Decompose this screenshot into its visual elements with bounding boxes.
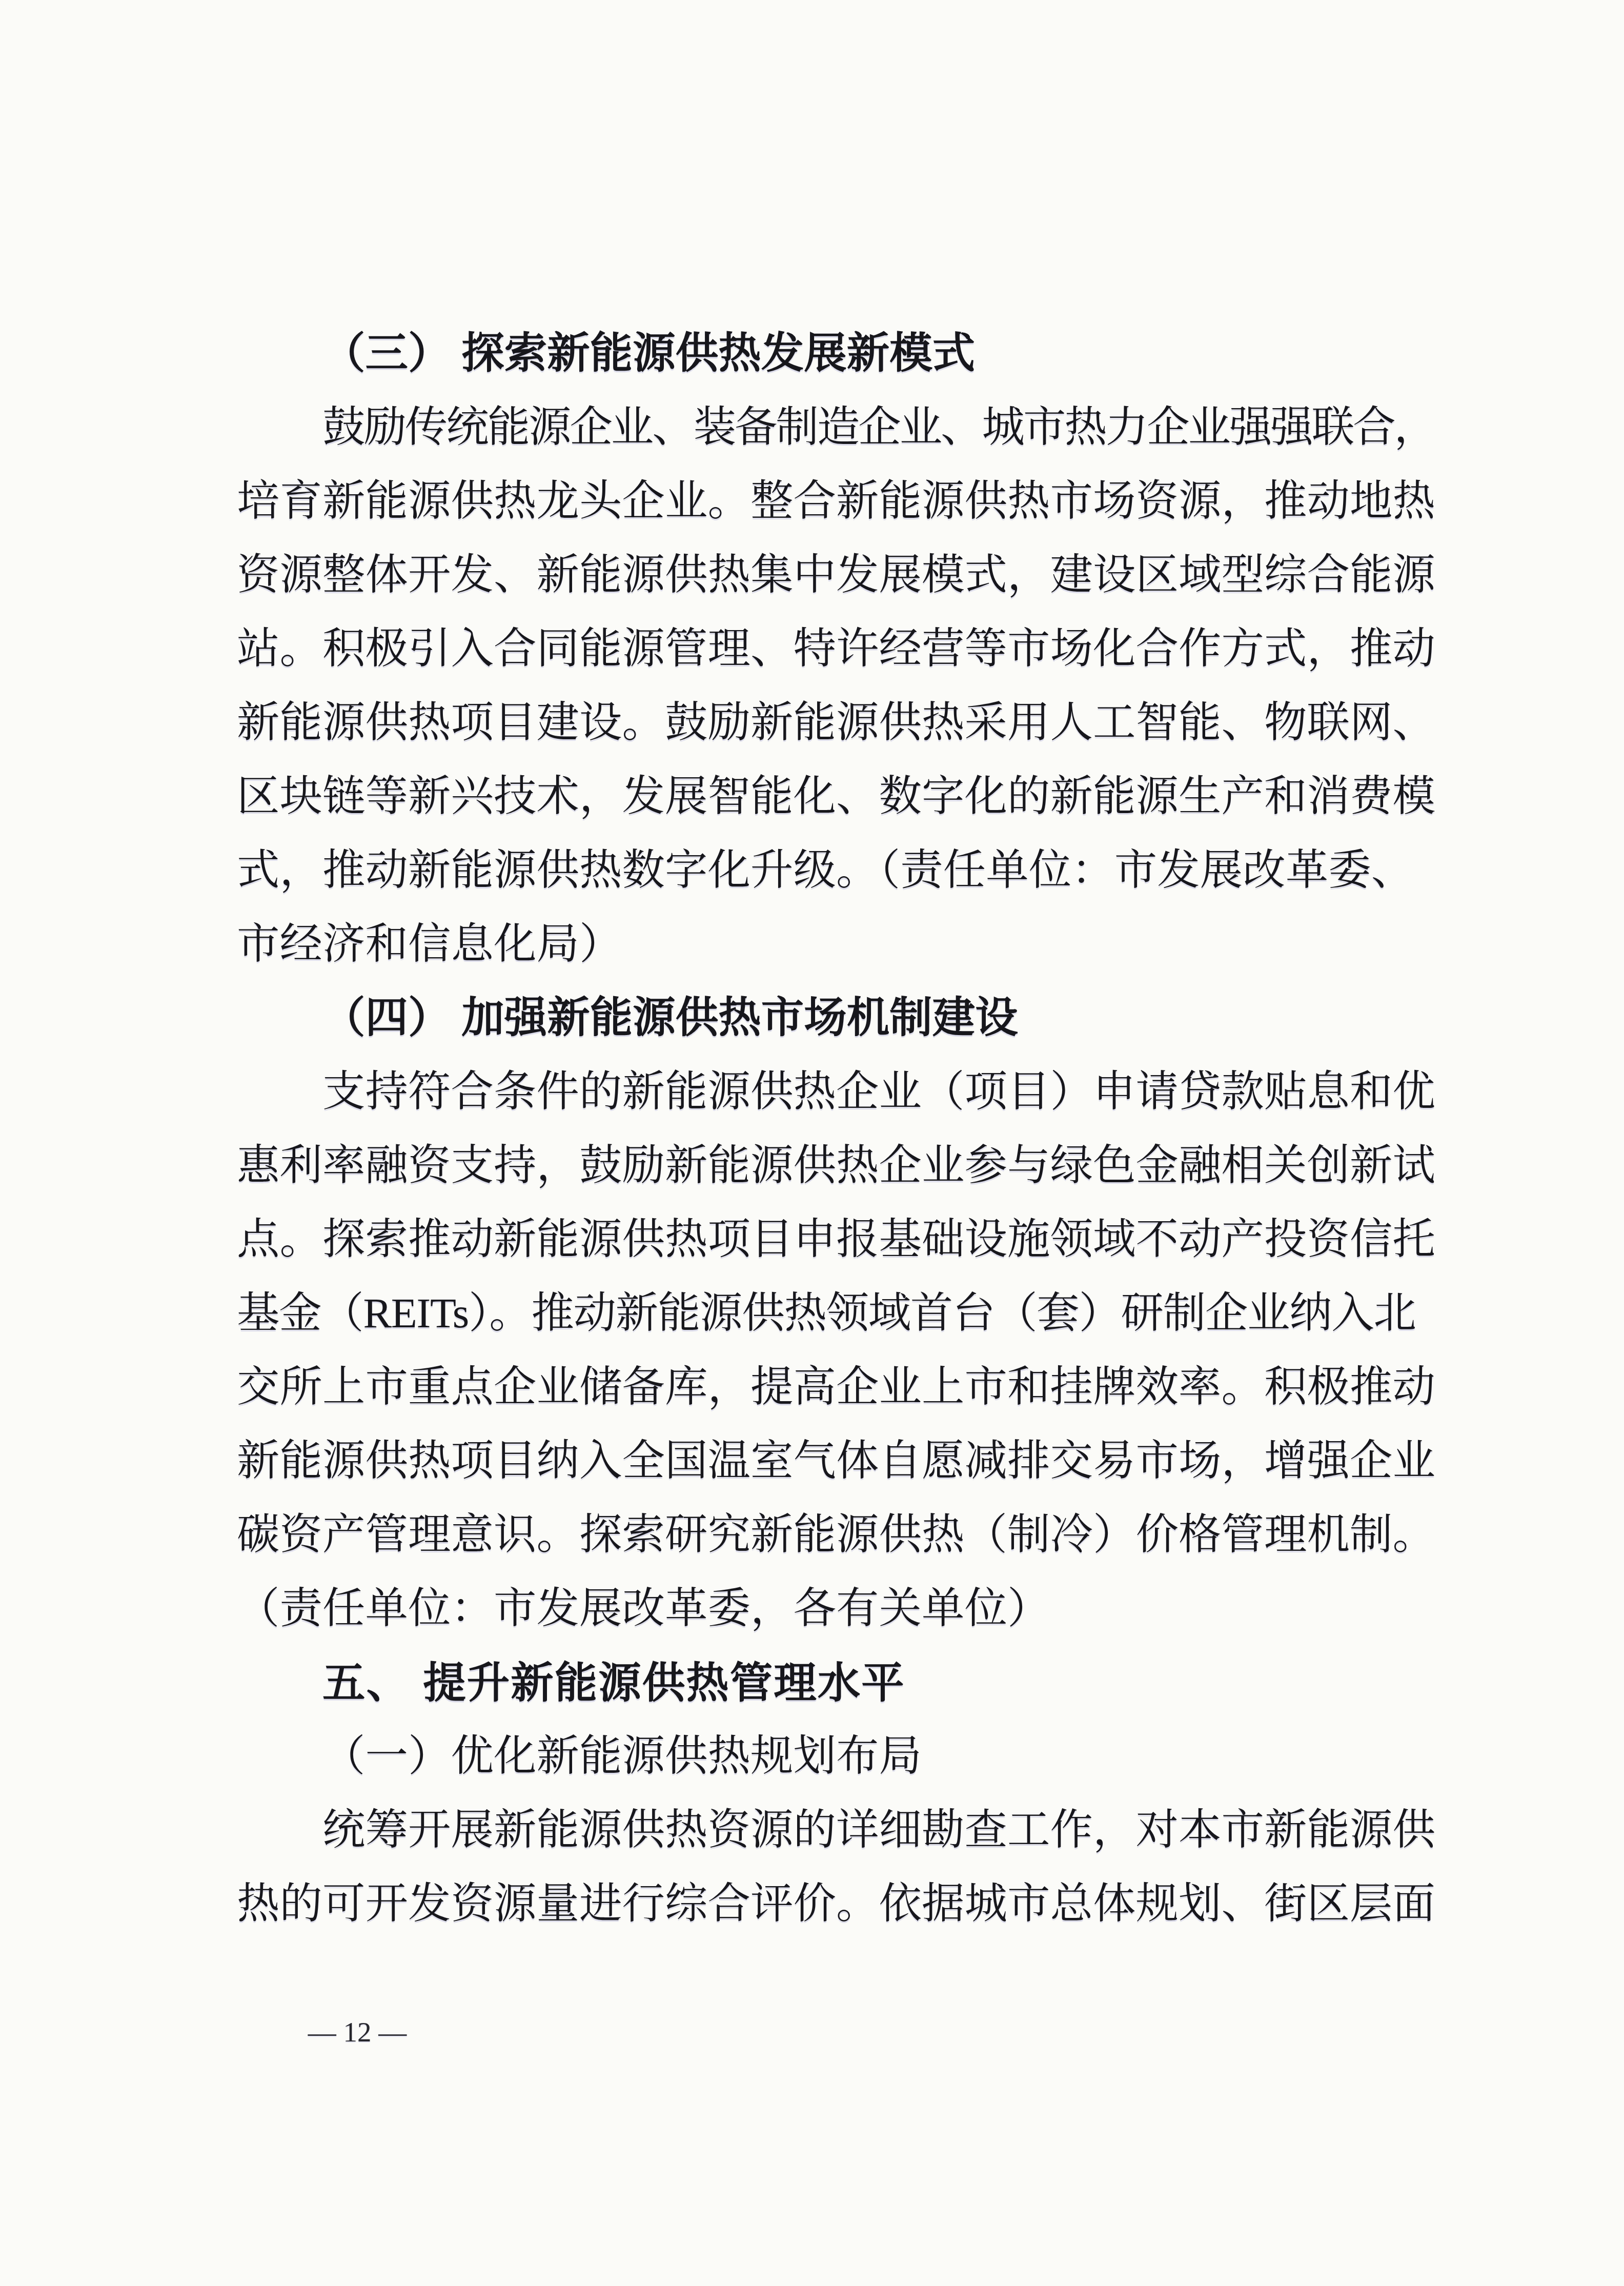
text-line: 新能源供热项目纳入全国温室气体自愿减排交易市场，增强企业 <box>237 1424 1435 1498</box>
text-line: 培育新能源供热龙头企业。整合新能源供热市场资源，推动地热 <box>237 464 1435 538</box>
text-line: 资源整体开发、新能源供热集中发展模式，建设区域型综合能源 <box>237 538 1435 612</box>
text-line: 市经济和信息化局） <box>237 907 1435 981</box>
text-line: （三） 探索新能源供热发展新模式 <box>237 317 1435 391</box>
text-line: 支持符合条件的新能源供热企业（项目）申请贷款贴息和优 <box>237 1055 1435 1129</box>
text-line: 基金（REITs）。推动新能源供热领域首台（套）研制企业纳入北 <box>237 1277 1435 1350</box>
text-line: 碳资产管理意识。探索研究新能源供热（制冷）价格管理机制。 <box>237 1498 1435 1572</box>
document-text-block: （三） 探索新能源供热发展新模式鼓励传统能源企业、装备制造企业、城市热力企业强强… <box>237 317 1435 1941</box>
text-line: （四） 加强新能源供热市场机制建设 <box>237 981 1435 1055</box>
text-line: 统筹开展新能源供热资源的详细勘查工作，对本市新能源供 <box>237 1793 1435 1867</box>
text-line: 惠利率融资支持，鼓励新能源供热企业参与绿色金融相关创新试 <box>237 1129 1435 1203</box>
text-line: 热的可开发资源量进行综合评价。依据城市总体规划、街区层面 <box>237 1867 1435 1941</box>
text-line: （责任单位：市发展改革委，各有关单位） <box>237 1572 1435 1646</box>
text-line: 式，推动新能源供热数字化升级。（责任单位：市发展改革委、 <box>237 834 1435 907</box>
text-line: 站。积极引入合同能源管理、特许经营等市场化合作方式，推动 <box>237 612 1435 686</box>
text-line: 交所上市重点企业储备库，提高企业上市和挂牌效率。积极推动 <box>237 1350 1435 1424</box>
text-line: 五、 提升新能源供热管理水平 <box>237 1646 1435 1719</box>
text-line: 新能源供热项目建设。鼓励新能源供热采用人工智能、物联网、 <box>237 686 1435 760</box>
text-line: 鼓励传统能源企业、装备制造企业、城市热力企业强强联合， <box>237 391 1435 464</box>
page-number: — 12 — <box>237 2004 478 2061</box>
text-line: （一）优化新能源供热规划布局 <box>237 1719 1435 1793</box>
scanned-document-page: （三） 探索新能源供热发展新模式鼓励传统能源企业、装备制造企业、城市热力企业强强… <box>0 0 1624 2286</box>
text-line: 点。探索推动新能源供热项目申报基础设施领域不动产投资信托 <box>237 1203 1435 1277</box>
text-line: 区块链等新兴技术，发展智能化、数字化的新能源生产和消费模 <box>237 760 1435 834</box>
